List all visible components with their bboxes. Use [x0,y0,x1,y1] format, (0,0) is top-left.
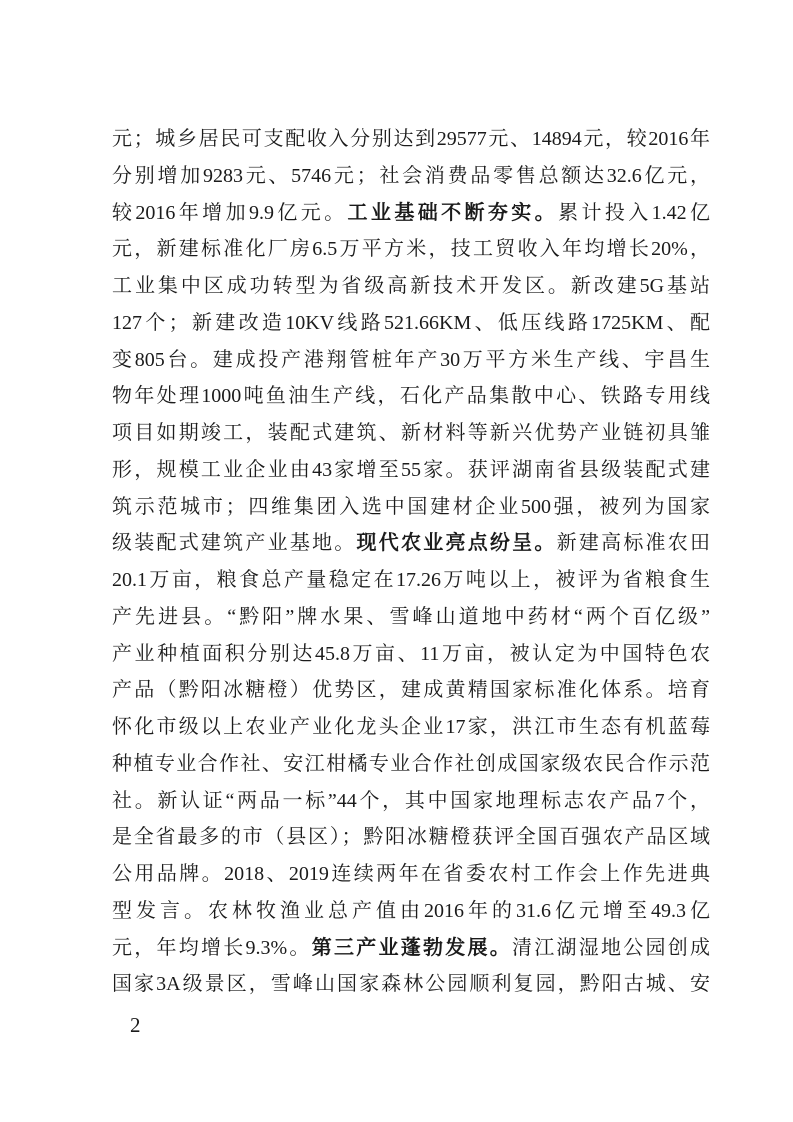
text-line: 分别增加9283元、5746元；社会消费品零售总额达32.6亿元， [112,158,710,195]
text-segment: 级装配式建筑产业基地。 [112,532,357,554]
text-segment: 公用品牌。2018、2019连续两年在省委农村工作会上作先进典 [112,863,710,885]
text-line: 怀化市级以上农业产业化龙头企业17家，洪江市生态有机蓝莓 [112,709,710,746]
text-segment: 种植专业合作社、安江柑橘专业合作社创成国家级农民合作示范 [112,753,710,775]
text-line: 元，年均增长9.3%。第三产业蓬勃发展。清江湖湿地公园创成 [112,930,710,967]
text-segment: 形，规模工业企业由43家增至55家。获评湖南省县级装配式建 [112,459,710,481]
text-segment: 元，新建标准化厂房6.5万平方米，技工贸收入年均增长20%， [112,238,710,260]
text-line: 级装配式建筑产业基地。现代农业亮点纷呈。新建高标准农田 [112,525,710,562]
text-line: 项目如期竣工，装配式建筑、新材料等新兴优势产业链初具雏 [112,415,710,452]
text-segment: 物年处理1000吨鱼油生产线，石化产品集散中心、铁路专用线 [112,385,710,407]
text-segment: 产业种植面积分别达45.8万亩、11万亩，被认定为中国特色农 [112,643,710,665]
text-segment: 分别增加9283元、5746元；社会消费品零售总额达32.6亿元， [112,165,710,187]
text-line: 元；城乡居民可支配收入分别达到29577元、14894元，较2016年 [112,121,710,158]
text-line: 产业种植面积分别达45.8万亩、11万亩，被认定为中国特色农 [112,636,710,673]
text-segment: 变805台。建成投产港翔管桩年产30万平方米生产线、宇昌生 [112,349,710,371]
text-line: 社。新认证“两品一标”44个，其中国家地理标志农产品7个， [112,783,710,820]
bold-text-segment: 第三产业蓬勃发展。 [312,937,512,959]
text-line: 型发言。农林牧渔业总产值由2016年的31.6亿元增至49.3亿 [112,893,710,930]
text-segment: 国家3A级景区，雪峰山国家森林公园顺利复园，黔阳古城、安 [112,973,710,995]
text-line: 形，规模工业企业由43家增至55家。获评湖南省县级装配式建 [112,452,710,489]
text-line: 变805台。建成投产港翔管桩年产30万平方米生产线、宇昌生 [112,342,710,379]
document-page: 元；城乡居民可支配收入分别达到29577元、14894元，较2016年分别增加9… [0,0,793,1122]
text-line: 筑示范城市；四维集团入选中国建材企业500强，被列为国家 [112,489,710,526]
text-segment: 筑示范城市；四维集团入选中国建材企业500强，被列为国家 [112,496,710,518]
text-segment: 127个；新建改造10KV线路521.66KM、低压线路1725KM、配 [112,312,710,334]
text-line: 国家3A级景区，雪峰山国家森林公园顺利复园，黔阳古城、安 [112,966,710,1003]
text-segment: 型发言。农林牧渔业总产值由2016年的31.6亿元增至49.3亿 [112,900,710,922]
text-line: 较2016年增加9.9亿元。工业基础不断夯实。累计投入1.42亿 [112,195,710,232]
text-line: 工业集中区成功转型为省级高新技术开发区。新改建5G基站 [112,268,710,305]
text-line: 20.1万亩，粮食总产量稳定在17.26万吨以上，被评为省粮食生 [112,562,710,599]
text-segment: 元；城乡居民可支配收入分别达到29577元、14894元，较2016年 [112,128,710,150]
text-line: 产先进县。“黔阳”牌水果、雪峰山道地中药材“两个百亿级” [112,599,710,636]
page-number: 2 [130,1013,141,1037]
text-line: 种植专业合作社、安江柑橘专业合作社创成国家级农民合作示范 [112,746,710,783]
text-line: 产品（黔阳冰糖橙）优势区，建成黄精国家标准化体系。培育 [112,672,710,709]
text-segment: 累计投入1.42亿 [558,202,710,224]
text-segment: 产先进县。“黔阳”牌水果、雪峰山道地中药材“两个百亿级” [112,606,710,628]
text-segment: 项目如期竣工，装配式建筑、新材料等新兴优势产业链初具雏 [112,422,710,444]
text-line: 是全省最多的市（县区）；黔阳冰糖橙获评全国百强农产品区域 [112,819,710,856]
text-segment: 元，年均增长9.3%。 [112,937,312,959]
text-segment: 清江湖湿地公园创成 [512,937,710,959]
bold-text-segment: 现代农业亮点纷呈。 [357,532,557,554]
body-text: 元；城乡居民可支配收入分别达到29577元、14894元，较2016年分别增加9… [112,121,710,1003]
text-segment: 怀化市级以上农业产业化龙头企业17家，洪江市生态有机蓝莓 [112,716,710,738]
text-line: 公用品牌。2018、2019连续两年在省委农村工作会上作先进典 [112,856,710,893]
text-segment: 新建高标准农田 [557,532,710,554]
text-segment: 产品（黔阳冰糖橙）优势区，建成黄精国家标准化体系。培育 [112,679,710,701]
text-segment: 是全省最多的市（县区）；黔阳冰糖橙获评全国百强农产品区域 [112,826,710,848]
text-segment: 较2016年增加9.9亿元。 [112,202,348,224]
text-segment: 20.1万亩，粮食总产量稳定在17.26万吨以上，被评为省粮食生 [112,569,710,591]
text-line: 元，新建标准化厂房6.5万平方米，技工贸收入年均增长20%， [112,231,710,268]
text-line: 物年处理1000吨鱼油生产线，石化产品集散中心、铁路专用线 [112,378,710,415]
text-segment: 工业集中区成功转型为省级高新技术开发区。新改建5G基站 [112,275,710,297]
text-segment: 社。新认证“两品一标”44个，其中国家地理标志农产品7个， [112,790,710,812]
text-line: 127个；新建改造10KV线路521.66KM、低压线路1725KM、配 [112,305,710,342]
bold-text-segment: 工业基础不断夯实。 [348,202,559,224]
